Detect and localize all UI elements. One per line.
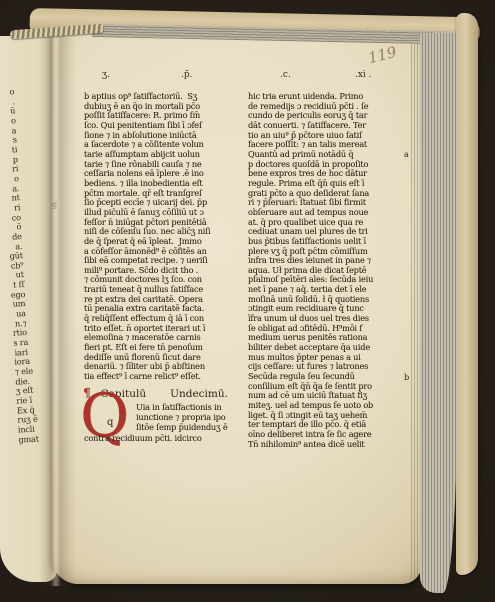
text-line: obſeruare aut ad tempus noue xyxy=(248,208,406,218)
text-line: at. q̄ pro qualibet uice qua re xyxy=(248,218,406,228)
text-line: de q̄ ſperat q̄ eā īpleat. Jmmo xyxy=(84,237,244,247)
text-line: mili⁹ portare. Sc̄do dicit tho . xyxy=(84,266,244,276)
text-line: mus multos p̄pter penas a ui xyxy=(248,353,406,363)
chapter-text-line: Uia in ſatiſfactionis in xyxy=(136,402,221,412)
guide-letter-q: q xyxy=(107,417,113,428)
text-line: medium uerus penitēs rationa xyxy=(248,333,406,343)
text-line: tarie aſſumptam abijcit uolun xyxy=(84,150,244,160)
underlying-page-edge-lines xyxy=(409,34,420,580)
gutter-margin-mark: g xyxy=(52,200,57,209)
left-page-line-ending: gmat xyxy=(18,434,32,444)
text-line: poſſit ſatiſfacere: R. primo ſm̄ xyxy=(84,111,244,121)
text-line: bediens. ⁊ illa inobedientia eſt xyxy=(84,179,244,189)
header-signature-mark: .p̄. xyxy=(181,70,192,80)
text-line: dubiuʒ ē an q̄o in mortali pc̄o xyxy=(84,102,244,112)
left-page: o.ūoastiprioa.ntricoōdea.gūtcb⁹utt ſſego… xyxy=(0,36,57,582)
text-line: pc̄tm mortale. qr̄ eſt tranſgreſ xyxy=(84,189,244,199)
chapter-text-line: ſitōe ſemp p̄uidenduʒ ē xyxy=(136,422,227,432)
text-line: net ī pane ⁊ aq̄. tertia det ī ele xyxy=(248,285,406,295)
text-line: ſco. Qui penitentiam ſibi ī ɔfeſ xyxy=(84,121,244,131)
text-line: infra tres dies ieiunet in pane ⁊ xyxy=(248,256,406,266)
margin-letter-b: b xyxy=(404,372,409,382)
text-line: illud pic̄ulū ē ſanuʒ cōſiliū ut ɔ xyxy=(84,208,244,218)
text-line: biliter debet acceptare q̄a uide xyxy=(248,343,406,353)
text-line: liget. q̄ ſi ɔtingit eū taʒ uehem̄ xyxy=(248,411,406,421)
text-line: re pt̄ extra dei caritatē. Opera xyxy=(84,295,244,305)
text-line: ſibi eā competat recipe. ⁊ ueriſi xyxy=(84,256,244,266)
fore-cover-edge xyxy=(456,13,478,575)
margin-letter-a: a xyxy=(404,149,409,159)
text-line: dāt conuerti. ⁊ ſatiſfacere. Ter xyxy=(248,121,406,131)
right-page: 119 ʒ. .p̄. .c. .xi . b aptius op⁹ ſatiſ… xyxy=(52,32,422,584)
text-line: niſi de cōſenſu ſuo. nec alic̄ʒ niſi xyxy=(84,227,244,237)
text-line: bene expros tres de hoc dātur xyxy=(248,169,406,179)
text-line: trariū teneat q̄ nullus ſatiſface xyxy=(84,285,244,295)
text-line: a cōfeſſor āmonēd⁹ ē cōfitēs an xyxy=(84,247,244,257)
text-line: plere vʒ q̄ poſt pc̄tm cōmiſſum xyxy=(248,247,406,257)
text-line: feſſor n̄ iniūgat pc̄tori penitētiā xyxy=(84,218,244,228)
text-line: Secūda regula ſeu ſecundū xyxy=(248,372,406,382)
text-line: tio an uiu⁹ p̄ pc̄tore uiuo ſatiſ xyxy=(248,131,406,141)
text-line: ſio p̄cepti eccīe ⁊ uicarij dei. p̄p xyxy=(84,198,244,208)
text-line: moſinā unū ſolidū. ł q̄ quotiens xyxy=(248,295,406,305)
text-line: ri ⁊ p̄ſeruari: ſtatuat ſibi firmit̄ xyxy=(248,198,406,208)
text-line: b aptius op⁹ ſatiſfactoriū. Sʒ xyxy=(84,92,244,102)
text-line: īfra unum uł duos uel tres dies xyxy=(248,314,406,324)
fore-edge-page-stack xyxy=(420,33,458,593)
text-line: tū penalia extra caritatē facta. xyxy=(84,304,244,314)
text-line: Tn̄ nihilomin⁹ antea dicē uelit xyxy=(248,440,406,450)
text-line: conſilium eſt q̄n̄ q̄a ſe ſentit pro xyxy=(248,382,406,392)
photograph-of-open-book: o.ūoastiprioa.ntricoōdea.gūtcb⁹utt ſſego… xyxy=(0,0,495,602)
text-line: fieri pt̄. Eſt ei fere tn̄ penoſum xyxy=(84,343,244,353)
text-line: de remedijs ɔ recidiuū pc̄ti . ſe xyxy=(248,102,406,112)
text-line: pſalmoſ peītēri ales: ſecūda ieiu xyxy=(248,275,406,285)
text-line: oīno deliberet intra ſe ſic agere xyxy=(248,430,406,440)
text-line: ɔtingit eum recidiuare q̄ tunc xyxy=(248,304,406,314)
text-line: aqua. Uł prima die dicat ſeptē xyxy=(248,266,406,276)
text-line: miteʒ. uel ad tempus ſe uoto ob xyxy=(248,401,406,411)
text-line: cediuat unam uel plures de tri xyxy=(248,227,406,237)
text-line: elemoſina ⁊ maceratōe carnis xyxy=(84,333,244,343)
text-line: regule. Prima eſt q̄n̄ quis eſt ī xyxy=(248,179,406,189)
text-line: ter temptari de illo pc̄o. q̄ etiā xyxy=(248,420,406,430)
text-column-right: hic tria erunt uidenda. Primode remedijs… xyxy=(248,92,406,449)
text-line: q̄ reliq̄ſſent effectum q̄ iā ī con xyxy=(84,314,244,324)
text-line: Quantū ad primū notādū q̄ xyxy=(248,150,406,160)
chapter-heading-word: Undecimū. xyxy=(170,388,228,400)
text-line: hic tria erunt uidenda. Primo xyxy=(248,92,406,102)
text-line: a ſacerdote ⁊ a cōſitente volun xyxy=(84,140,244,150)
text-line: denariū. ⁊ ſīliter ubi p̄ abſtinen xyxy=(84,362,244,372)
text-line: ſione ⁊ in abſolutione iniūctā xyxy=(84,131,244,141)
header-chapter-numeral: .xi . xyxy=(355,70,372,80)
text-line: dediſſe unū florenū ſicut dare xyxy=(84,353,244,363)
header-signature-mark: ʒ. xyxy=(102,70,110,80)
text-line: ⁊ cōmunit̄ doctores lʒ ſco. con xyxy=(84,275,244,285)
chapter-text-line: iunctione ⁊ propria ipo xyxy=(136,412,226,422)
text-line: num ad cē um uiciū ſtatuat fiʒ xyxy=(248,391,406,401)
text-line: cijs ceſſare: ut fures ⁊ latrones xyxy=(248,362,406,372)
text-line: ſe obligat ad ɔfitēdū. H⁹mōi f̄ xyxy=(248,324,406,334)
left-page-text-fragments: o.ūoastiprioa.ntricoōdea.gūtcb⁹utt ſſego… xyxy=(0,87,33,445)
text-line: trito eſſet. n̄ oportet iterari ut ī xyxy=(84,324,244,334)
text-line: ceſſaria nolens eā īplere .ē ino xyxy=(84,169,244,179)
handwritten-folio-number: 119 xyxy=(366,43,398,67)
text-line: cundo de periculis eoruʒ q̄ tar xyxy=(248,111,406,121)
running-header: ʒ. .p̄. .c. .xi . xyxy=(52,70,422,82)
text-line: bus p̄tibus ſatiſfactionis uelit ī xyxy=(248,237,406,247)
text-line: tarie ⁊ ſine rōnabili cauſa ⁊ ne xyxy=(84,160,244,170)
text-line: p doctores quoſdā in propoſito xyxy=(248,160,406,170)
text-column-left: b aptius op⁹ ſatiſfactoriū. Sʒdubiuʒ ē a… xyxy=(84,92,244,382)
text-line: grati pc̄to a quo deſiderat ſana xyxy=(248,189,406,199)
chapter-text-line: contra recidiuum pc̄ti. idcirco xyxy=(84,433,202,443)
header-signature-mark: .c. xyxy=(280,70,291,80)
text-line: facere poſſit: ⁊ an talis mereat̄ xyxy=(248,140,406,150)
